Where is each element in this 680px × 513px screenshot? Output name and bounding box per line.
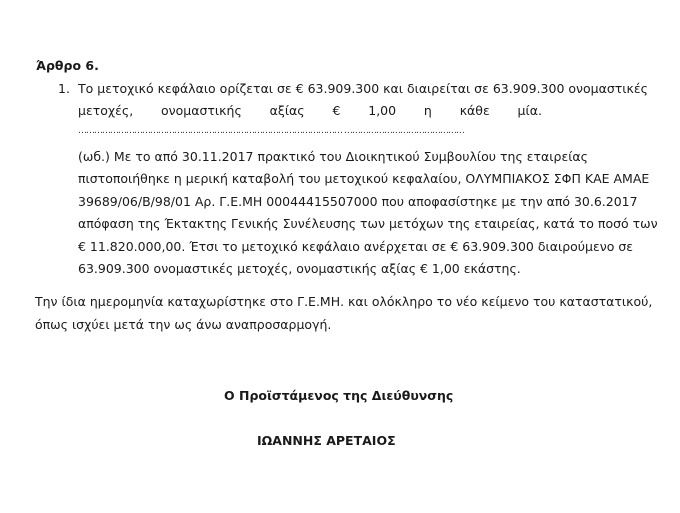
article-title: Άρθρο 6.	[36, 58, 99, 73]
item-number: 1.	[58, 81, 70, 96]
item-text-line-1: Το μετοχικό κεφάλαιο ορίζεται σε € 63.90…	[78, 81, 648, 96]
registration-line: όπως ισχύει μετά την ως άνω αναπροσαρμογ…	[35, 317, 331, 332]
registration-line: Την ίδια ημερομηνία καταχωρίστηκε στο Γ.…	[35, 294, 652, 309]
word: αξίας	[270, 103, 305, 118]
word: η	[424, 103, 432, 118]
word: €	[332, 103, 340, 118]
amendment-line: 63.909.300 ονομαστικές μετοχές, ονομαστι…	[78, 261, 521, 276]
word: ονομαστικής	[161, 103, 242, 118]
signature-name: ΙΩΑΝΝΗΣ ΑΡΕΤΑΙΟΣ	[257, 433, 396, 448]
word: κάθε	[460, 103, 490, 118]
item-text-line-2: μετοχές, ονομαστικής αξίας € 1,00 η κάθε…	[78, 103, 542, 118]
word: 1,00	[368, 103, 396, 118]
word: μία.	[518, 103, 542, 118]
amendment-line: απόφαση της Έκτακτης Γενικής Συνέλευσης …	[78, 216, 658, 231]
word: μετοχές,	[78, 103, 133, 118]
amendment-line: πιστοποιήθηκε η μερική καταβολή του μετο…	[78, 171, 649, 186]
amendment-line: (ωб.) Με το από 30.11.2017 πρακτικό του …	[78, 149, 588, 164]
dotted-separator: ……………………………………………………………………………………… …………………	[78, 126, 532, 136]
amendment-line: € 11.820.000,00. Έτσι το μετοχικό κεφάλα…	[78, 239, 633, 254]
amendment-line: 39689/06/Β/98/01 Αρ. Γ.Ε.ΜΗ 000444155070…	[78, 194, 638, 209]
signature-role: Ο Προϊστάμενος της Διεύθυνσης	[224, 388, 453, 403]
